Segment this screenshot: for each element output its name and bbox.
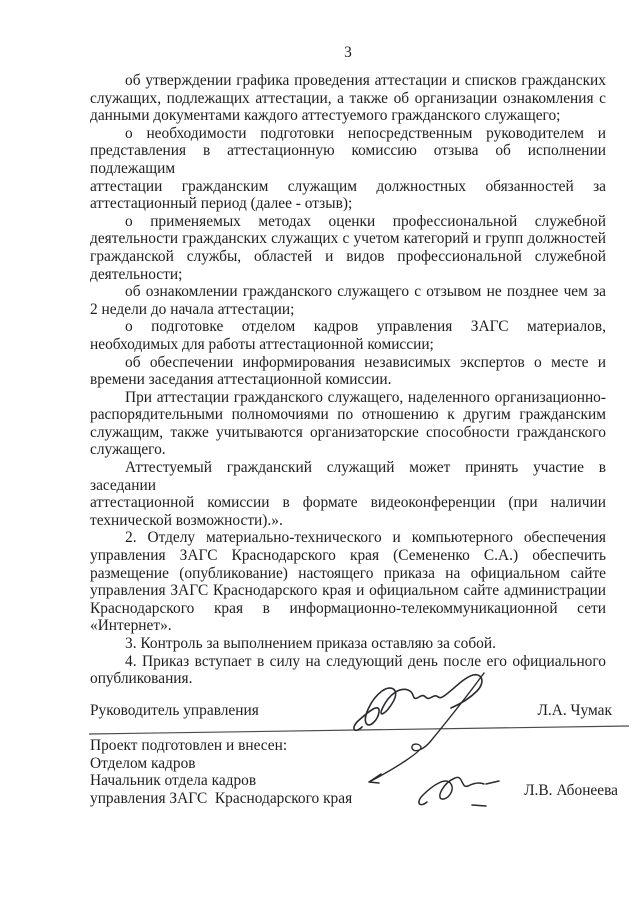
text-line: о необходимости подготовки непосредствен… bbox=[90, 125, 606, 143]
signer-title: Руководитель управления bbox=[90, 702, 259, 720]
text-line: об ознакомлении гражданского служащего с… bbox=[90, 283, 606, 301]
text-line: необходимых для работы аттестационной ко… bbox=[90, 336, 606, 354]
text-line: служащим, также учитываются организаторс… bbox=[90, 424, 606, 442]
paragraph: об утверждении графика проведения аттест… bbox=[90, 72, 606, 125]
head-signature-row: Руководитель управления Л.А. Чумак bbox=[90, 702, 612, 720]
text-line: об утверждении графика проведения аттест… bbox=[90, 72, 606, 90]
text-line: распорядительными полномочиями по отноше… bbox=[90, 406, 606, 424]
text-line: Краснодарского края в информационно-теле… bbox=[90, 600, 606, 618]
text-line: 4. Приказ вступает в силу на следующий д… bbox=[90, 653, 606, 671]
footer-line: Начальник отдела кадров bbox=[90, 772, 352, 790]
footer-line: Отделом кадров bbox=[90, 755, 352, 773]
text-line: данными документами каждого аттестуемого… bbox=[90, 107, 606, 125]
text-line: опубликования. bbox=[90, 670, 606, 688]
text-line: аттестационный период (далее - отзыв); bbox=[90, 195, 606, 213]
text-line: представления в аттестационную комиссию … bbox=[90, 142, 606, 177]
text-line: размещение (опубликование) настоящего пр… bbox=[90, 565, 606, 583]
text-line: Аттестуемый гражданский служащий может п… bbox=[90, 459, 606, 494]
text-line: деятельности; bbox=[90, 266, 606, 284]
text-line: При аттестации гражданского служащего, н… bbox=[90, 389, 606, 407]
project-block: Проект подготовлен и внесен: Отделом кад… bbox=[90, 737, 352, 807]
chumak-signature-tail bbox=[369, 673, 484, 783]
text-line: управления ЗАГС Краснодарского края (Сем… bbox=[90, 547, 606, 565]
text-line: служащих, подлежащих аттестации, а также… bbox=[90, 90, 606, 108]
footer-line: управления ЗАГС Краснодарского края bbox=[90, 790, 352, 808]
aboneeva-signature-dashes bbox=[472, 781, 499, 806]
signer-name: Л.А. Чумак bbox=[537, 702, 612, 720]
text-line: 3. Контроль за выполнением приказа остав… bbox=[90, 635, 606, 653]
paragraph: о применяемых методах оценки профессиона… bbox=[90, 213, 606, 283]
text-line: «Интернет». bbox=[90, 617, 606, 635]
text-line: о применяемых методах оценки профессиона… bbox=[90, 213, 606, 231]
page-number: 3 bbox=[90, 44, 606, 62]
divider-line bbox=[89, 726, 629, 734]
text-line: аттестационной комиссии в формате видеок… bbox=[90, 494, 606, 512]
paragraph: об ознакомлении гражданского служащего с… bbox=[90, 283, 606, 318]
text-line: о подготовке отделом кадров управления З… bbox=[90, 318, 606, 336]
text-line: технической возможности).». bbox=[90, 512, 606, 530]
footer-line: Проект подготовлен и внесен: bbox=[90, 737, 352, 755]
paragraph: о необходимости подготовки непосредствен… bbox=[90, 125, 606, 213]
aboneeva-signature bbox=[419, 777, 484, 804]
paragraph: об обеспечении информирования независимы… bbox=[90, 354, 606, 389]
text-line: гражданской службы, областей и видов про… bbox=[90, 248, 606, 266]
document-page: 3 об утверждении графика проведения атте… bbox=[0, 0, 640, 904]
paragraph: о подготовке отделом кадров управления З… bbox=[90, 318, 606, 353]
paragraph: 2. Отделу материально-технического и ком… bbox=[90, 529, 606, 635]
text-line: деятельности гражданских служащих с учет… bbox=[90, 230, 606, 248]
text-line: времени заседания аттестационной комисси… bbox=[90, 371, 606, 389]
text-line: об обеспечении информирования независимы… bbox=[90, 354, 606, 372]
paragraph: Аттестуемый гражданский служащий может п… bbox=[90, 459, 606, 529]
paragraph: При аттестации гражданского служащего, н… bbox=[90, 389, 606, 459]
text-line: 2 недели до начала аттестации; bbox=[90, 301, 606, 319]
text-line: аттестации гражданским служащим должност… bbox=[90, 178, 606, 196]
document-body: об утверждении графика проведения аттест… bbox=[90, 72, 606, 688]
paragraph: 4. Приказ вступает в силу на следующий д… bbox=[90, 653, 606, 688]
text-line: 2. Отделу материально-технического и ком… bbox=[90, 529, 606, 547]
paragraph: 3. Контроль за выполнением приказа остав… bbox=[90, 635, 606, 653]
preparer-name: Л.В. Абонеева bbox=[524, 782, 618, 800]
text-line: управления ЗАГС Краснодарского края и оф… bbox=[90, 582, 606, 600]
text-line: служащего. bbox=[90, 441, 606, 459]
